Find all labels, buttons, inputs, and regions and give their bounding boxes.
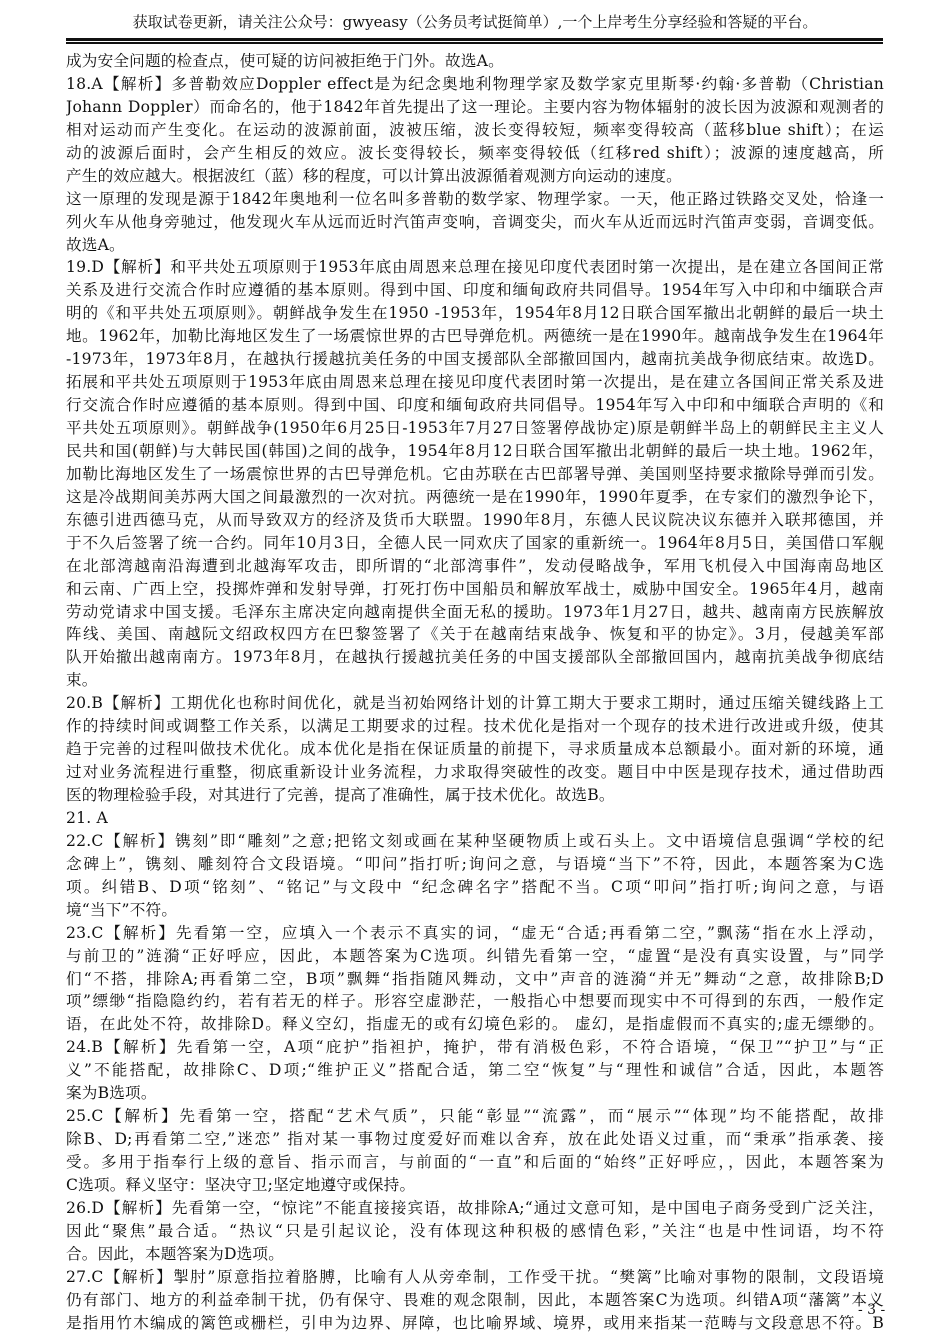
text-line: 20.B【解析】工期优化也称时间优化，就是当初始网络计划的计算工期大于要求工期时…	[66, 692, 884, 715]
text-line: 于不久后签署了统一合约。同年10月3日，全德人民一同欢庆了国家的重新统一。196…	[66, 532, 884, 555]
text-line: 明的《和平共处五项原则》。朝鲜战争发生在1950 -1953年，1954年8月1…	[66, 302, 884, 325]
text-line: 列火车从他身旁驰过，他发现火车从远而近时汽笛声变响，音调变尖，而火车从近而远时汽…	[66, 211, 884, 234]
document-body: 成为安全问题的检查点，使可疑的访问被拒绝于门外。故选A。18.A【解析】多普勒效…	[66, 50, 884, 1335]
text-line: 动的波源后面时，会产生相反的效应。波长变得较长，频率变得较低（红移red shi…	[66, 142, 884, 165]
header-rule-thick	[66, 38, 883, 41]
text-line: 24.B【解析】先看第一空，A项“庇护”指袒护，掩护，带有消极色彩，不符合语境，…	[66, 1036, 884, 1059]
text-line: 项。纠错B、D项“铭刻”、“铭记”与文段中 “纪念碑名字”搭配不当。C项“叩问”…	[66, 876, 884, 899]
text-line: 念碑上”，镌刻、雕刻符合文段语境。“叩问”指打听;询问之意，与语境“当下”不符，…	[66, 853, 884, 876]
text-line: 合。因此，本题答案为D选项。	[66, 1243, 884, 1266]
text-line: 25.C【解析】先看第一空，搭配“艺术气质”，只能“彰显”“流露”，而“展示”“…	[66, 1105, 884, 1128]
text-line: 仍有部门、地方的利益牵制干扰，仍有保守、畏难的观念限制，因此，本题答案C为选项。…	[66, 1289, 884, 1312]
text-line: 21. A	[66, 807, 884, 830]
text-line: 18.A【解析】多普勒效应Doppler effect是为纪念奥地利物理学家及数…	[66, 73, 884, 96]
text-line: 相对运动而产生变化。在运动的波源前面，波被压缩，波长变得较短，频率变得较高（蓝移…	[66, 119, 884, 142]
text-line: C选项。释义坚守：坚决守卫;坚定地遵守或保持。	[66, 1174, 884, 1197]
text-line: 束。	[66, 669, 884, 692]
text-line: 队开始撤出越南南方。1973年8月，在越执行援越抗美任务的中国支援部队全部撤回国…	[66, 646, 884, 669]
text-line: Johann Doppler）而命名的，他于1842年首先提出了这一理论。主要内…	[66, 96, 884, 119]
text-line: 劳动党请求中国支援。毛泽东主席决定向越南提供全面无私的援助。1973年1月27日…	[66, 601, 884, 624]
text-line: 拓展和平共处五项原则于1953年底由周恩来总理在接见印度代表团时第一次提出，是在…	[66, 371, 884, 394]
text-line: 成为安全问题的检查点，使可疑的访问被拒绝于门外。故选A。	[66, 50, 884, 73]
text-line: 这是冷战期间美苏两大国之间最激烈的一次对抗。两德统一是在1990年，1990年夏…	[66, 486, 884, 509]
text-line: 语，在此处不符，故排除D。释义空幻，指虚无的或有幻境色彩的。 虚幻，是指虚假而不…	[66, 1013, 884, 1036]
page-number: - 3 -	[858, 1302, 885, 1318]
text-line: 26.D【解析】先看第一空，“惊诧”不能直接接宾语，故排除A;“通过文意可知，是…	[66, 1197, 884, 1220]
text-line: 是指用竹木编成的篱笆或栅栏，引申为边界、屏障，也比喻界域、境界，或用来指某一范畴…	[66, 1312, 884, 1335]
text-line: 19.D【解析】和平共处五项原则于1953年底由周恩来总理在接见印度代表团时第一…	[66, 256, 884, 279]
text-line: 医的物理检验手段，对其进行了完善，提高了准确性，属于技术优化。故选B。	[66, 784, 884, 807]
text-line: 产生的效应越大。根据波红（蓝）移的程度，可以计算出波源循着观测方向运动的速度。	[66, 165, 884, 188]
text-line: 23.C【解析】先看第一空，应填入一个表示不真实的词，“虚无“合适;再看第二空，…	[66, 922, 884, 945]
text-line: 与前卫的”涟漪“正好呼应，因此，本题答案为C选项。纠错先看第一空，“虚置“是没有…	[66, 945, 884, 968]
text-line: 作的持续时间或调整工作关系，以满足工期要求的过程。技术优化是指对一个现存的技术进…	[66, 715, 884, 738]
text-line: 这一原理的发现是源于1842年奥地利一位名叫多普勒的数学家、物理学家。一天，他正…	[66, 188, 884, 211]
text-line: 关系及进行交流合作时应遵循的基本原则。得到中国、印度和缅甸政府共同倡导。1954…	[66, 279, 884, 302]
text-line: 东德引进西德马克，从而导致双方的经济及货币大联盟。1990年8月，东德人民议院决…	[66, 509, 884, 532]
text-line: 因此“聚焦”最合适。“热议“只是引起议论，没有体现这种积极的感情色彩，”关注“也…	[66, 1220, 884, 1243]
text-line: 除B、D;再看第二空,”迷恋” 指对某一事物过度爱好而难以舍弃，放在此处语义过重…	[66, 1128, 884, 1151]
text-line: 在北部湾越南沿海遭到北越海军攻击，即所谓的“北部湾事件”，发动侵略战争，军用飞机…	[66, 555, 884, 578]
text-line: 22.C【解析】镌刻”即“雕刻”之意;把铭文刻或画在某种坚硬物质上或石头上。文中…	[66, 830, 884, 853]
text-line: 案为B选项。	[66, 1082, 884, 1105]
page-header-notice: 获取试卷更新，请关注公众号：gwyeasy（公务员考试挺简单）,一个上岸考生分享…	[66, 12, 884, 32]
text-line: 民共和国(朝鲜)与大韩民国(韩国)之间的战争，1954年8月12日联合国军撤出北…	[66, 440, 884, 463]
text-line: 和云南、广西上空，投掷炸弹和发射导弹，打死打伤中国船员和解放军战士，威胁中国安全…	[66, 578, 884, 601]
text-line: 项”缥缈“指隐隐约约，若有若无的样子。形容空虚渺茫，一般指心中想要而现实中不可得…	[66, 990, 884, 1013]
text-line: 阵线、美国、南越阮文绍政权四方在巴黎签署了《关于在越南结束战争、恢复和平的协定》…	[66, 623, 884, 646]
header-rule-thin	[66, 42, 883, 44]
text-line: 义”不能搭配，故排除C、D项;“维护正义”搭配合适，第二空“恢复”与“理性和诚信…	[66, 1059, 884, 1082]
text-line: 加勒比海地区发生了一场震惊世界的古巴导弹危机。它由苏联在古巴部署导弹、美国则坚持…	[66, 463, 884, 486]
text-line: 27.C【解析】掣肘”原意指拉着胳膊，比喻有人从旁牵制，工作受干扰。“樊篱”比喻…	[66, 1266, 884, 1289]
text-line: 趋于完善的过程叫做技术优化。成本优化是指在保证质量的前提下，寻求质量成本总额最小…	[66, 738, 884, 761]
text-line: 地。1962年，加勒比海地区发生了一场震惊世界的古巴导弹危机。两德统一是在199…	[66, 325, 884, 348]
text-line: 故选A。	[66, 234, 884, 257]
text-line: 过对业务流程进行重整，彻底重新设计业务流程，力求取得突破性的改变。题目中中医是现…	[66, 761, 884, 784]
text-line: 平共处五项原则》。朝鲜战争(1950年6月25日-1953年7月27日签署停战协…	[66, 417, 884, 440]
text-line: 行交流合作时应遵循的基本原则。得到中国、印度和缅甸政府共同倡导。1954年写入中…	[66, 394, 884, 417]
text-line: 们“不搭，排除A;再看第二空，B项”飘舞“指指随风舞动，文中”声音的涟漪“并无”…	[66, 968, 884, 991]
text-line: 受。多用于指奉行上级的意旨、指示而言，与前面的“一直”和后面的“始终”正好呼应，…	[66, 1151, 884, 1174]
text-line: -1973年，1973年8月，在越执行援越抗美任务的中国支援部队全部撤回国内，越…	[66, 348, 884, 371]
text-line: 境“当下”不符。	[66, 899, 884, 922]
